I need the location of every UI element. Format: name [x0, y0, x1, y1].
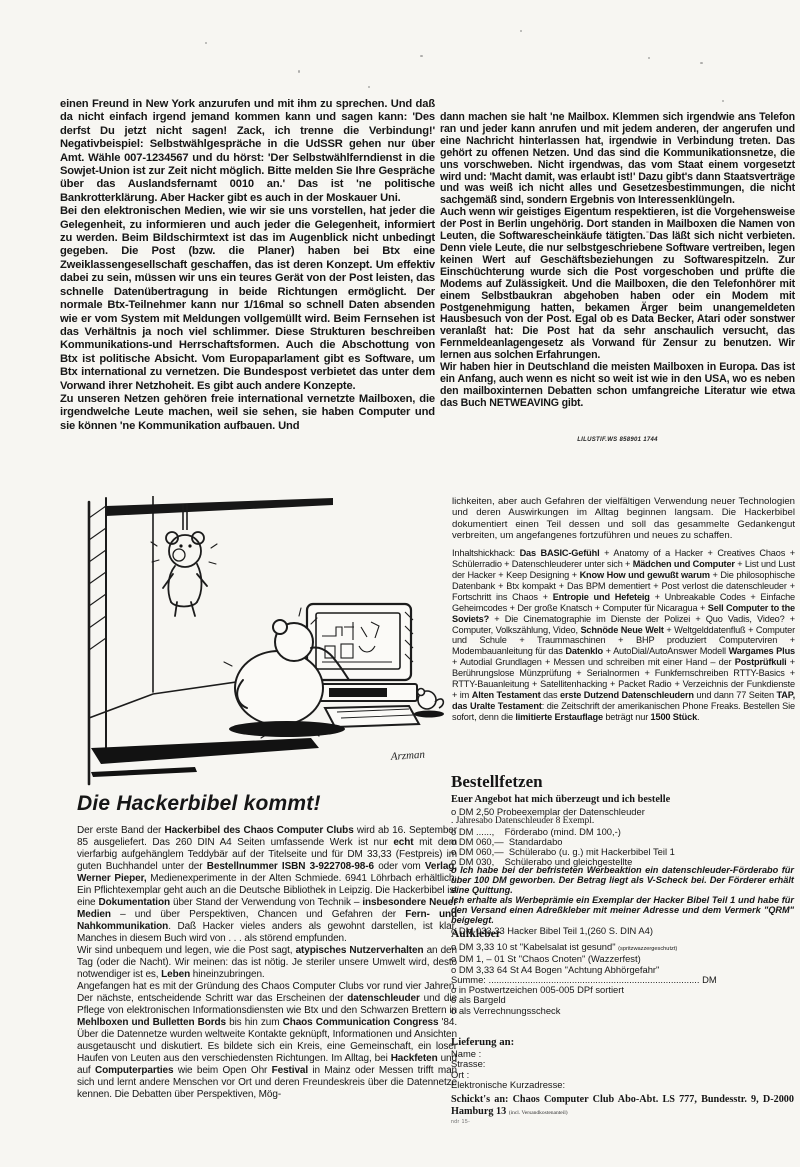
order-form-section: Bestellfetzen Euer Angebot hat mich über…	[451, 772, 794, 936]
scan-speck	[420, 55, 423, 57]
order-items: o DM 2,50 Probeexemplar der Datenschleud…	[451, 807, 794, 936]
delivery-field-label: Strasse:	[451, 1059, 794, 1069]
delivery-heading: Lieferung an:	[451, 1036, 794, 1048]
body-paragraph: dann machen sie halt 'ne Mailbox. Klemme…	[440, 112, 795, 207]
scan-speck	[648, 57, 650, 59]
delivery-fields: Name :Strasse:Ort :Elektronische Kurzadr…	[451, 1049, 794, 1091]
body-paragraph: Bei den elektronischen Medien, wie wir s…	[60, 205, 435, 393]
sticker-heading: Aufkleber	[451, 928, 794, 940]
teddy-shadow	[229, 721, 345, 737]
tiny-footnote: ndr 15-	[451, 1119, 794, 1125]
scan-speck	[700, 62, 703, 64]
scan-speck	[205, 42, 207, 44]
cartoon-illustration: Arzman	[75, 496, 460, 789]
section-heading: Die Hackerbibel kommt!	[77, 792, 457, 816]
scan-speck	[722, 100, 724, 102]
order-form-intro: Euer Angebot hat mich überzeugt und ich …	[451, 794, 794, 805]
cartoon-signature: Arzman	[389, 749, 425, 763]
top-right-column: dann machen sie halt 'ne Mailbox. Klemme…	[440, 112, 795, 410]
hanging-teddy	[151, 532, 217, 616]
computer-base	[313, 684, 419, 727]
door-frame	[89, 496, 153, 784]
body-paragraph: Zu unseren Netzen gehören freie internat…	[60, 393, 435, 433]
intro-paragraph: lichkeiten, aber auch Gefahren der vielf…	[452, 496, 795, 541]
article-caption: LILUSTIF.WS 858901 1744	[440, 437, 795, 443]
door-lintel	[106, 498, 333, 516]
order-form-heading: Bestellfetzen	[451, 772, 794, 792]
sticker-items: o DM 3,33 10 st "Kabelsalat ist gesund" …	[451, 942, 794, 1016]
delivery-field-label: Elektronische Kurzadresse:	[451, 1080, 794, 1090]
scan-speck	[368, 86, 370, 88]
hackerbibel-body: Der erste Band der Hackerbibel des Chaos…	[77, 825, 457, 1101]
sticker-section: Aufkleber o DM 3,33 10 st "Kabelsalat is…	[451, 928, 794, 1016]
right-lower-section: lichkeiten, aber auch Gefahren der vielf…	[452, 496, 795, 723]
body-paragraph: Wir sind unbequem und legen, wie die Pos…	[77, 945, 457, 981]
body-paragraph: Angefangen hat es mit der Gründung des C…	[77, 981, 457, 1101]
body-paragraph: Der erste Band der Hackerbibel des Chaos…	[77, 825, 457, 945]
scan-speck	[760, 142, 762, 145]
sticker-line: o als Verrechnungsscheck	[451, 1006, 794, 1016]
scan-speck	[646, 231, 649, 233]
computer-monitor	[307, 604, 411, 680]
scan-speck	[298, 70, 300, 73]
body-paragraph: einen Freund in New York anzurufen und m…	[60, 98, 435, 205]
body-paragraph: Auch wenn wir geistiges Eigentum respekt…	[440, 207, 795, 362]
delivery-address: Schickt's an: Chaos Computer Club Abo-Ab…	[451, 1094, 794, 1119]
hackerbibel-section: Die Hackerbibel kommt! Der erste Band de…	[77, 792, 457, 1101]
scan-speck	[520, 30, 522, 32]
top-left-column: einen Freund in New York anzurufen und m…	[60, 98, 435, 433]
order-line: o Ich habe bei der befristeten Werbeakti…	[451, 866, 794, 896]
floor-shadow	[91, 738, 319, 764]
mouse-figure	[418, 689, 444, 710]
scanned-page: einen Freund in New York anzurufen und m…	[0, 0, 800, 1167]
mouse-shadow	[414, 711, 444, 718]
delivery-section: Lieferung an: Name :Strasse:Ort :Elektro…	[451, 1036, 794, 1125]
contents-paragraph: Inhaltshickhack: Das BASIC-Gefühl + Anat…	[452, 548, 795, 723]
floor-shadow-small	[91, 767, 197, 777]
delivery-field-label: Name :	[451, 1049, 794, 1059]
order-line: Ich erhalte als Werbeprämie ein Exemplar…	[451, 896, 794, 926]
body-paragraph: Wir haben hier in Deutschland die meiste…	[440, 362, 795, 410]
